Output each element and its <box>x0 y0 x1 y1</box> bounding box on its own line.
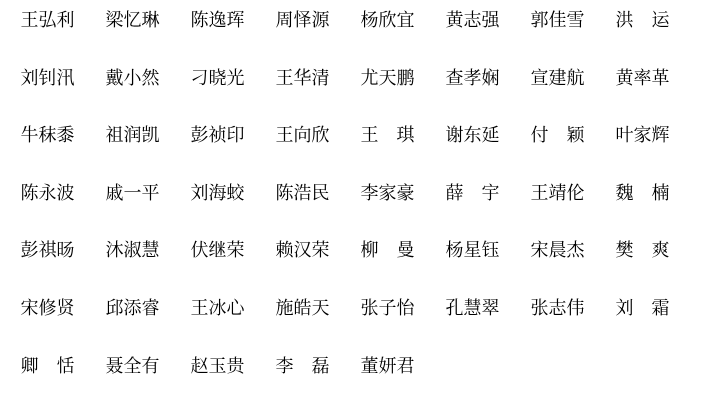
person-name: 薛 宇 <box>430 183 515 204</box>
name-row: 刘钊汛戴小然刁晓光王华清尤天鹏查孝娴宣建航黄率革 <box>5 68 685 126</box>
person-name: 戴小然 <box>90 68 175 89</box>
person-name: 伏继荣 <box>175 240 260 261</box>
person-name: 聂全有 <box>90 356 175 377</box>
person-name: 周怿源 <box>260 10 345 31</box>
person-name: 郭佳雪 <box>515 10 600 31</box>
person-name: 李 磊 <box>260 356 345 377</box>
person-name: 宣建航 <box>515 68 600 89</box>
person-name: 施皓天 <box>260 298 345 319</box>
name-row: 陈永波戚一平刘海蛟陈浩民李家豪薛 宇王靖伦魏 楠 <box>5 183 685 241</box>
person-name: 王向欣 <box>260 125 345 146</box>
person-name: 邱添睿 <box>90 298 175 319</box>
person-name: 王靖伦 <box>515 183 600 204</box>
person-name: 彭祺旸 <box>5 240 90 261</box>
person-name: 刘 霜 <box>600 298 685 319</box>
person-name: 赵玉贵 <box>175 356 260 377</box>
person-name: 樊 爽 <box>600 240 685 261</box>
name-row: 卿 恬聂全有赵玉贵李 磊董妍君 <box>5 356 685 413</box>
person-name: 陈逸珲 <box>175 10 260 31</box>
person-name: 彭祯印 <box>175 125 260 146</box>
person-name: 黄志强 <box>430 10 515 31</box>
person-name: 陈永波 <box>5 183 90 204</box>
name-row: 彭祺旸沐淑慧伏继荣赖汉荣柳 曼杨星钰宋晨杰樊 爽 <box>5 240 685 298</box>
person-name: 叶家辉 <box>600 125 685 146</box>
person-name: 孔慧翠 <box>430 298 515 319</box>
person-name: 谢东延 <box>430 125 515 146</box>
person-name: 宋修贤 <box>5 298 90 319</box>
person-name: 卿 恬 <box>5 356 90 377</box>
person-name: 王 琪 <box>345 125 430 146</box>
person-name: 刘钊汛 <box>5 68 90 89</box>
person-name: 牛秣黍 <box>5 125 90 146</box>
person-name: 沐淑慧 <box>90 240 175 261</box>
person-name: 黄率革 <box>600 68 685 89</box>
person-name: 魏 楠 <box>600 183 685 204</box>
person-name: 祖润凯 <box>90 125 175 146</box>
person-name: 刘海蛟 <box>175 183 260 204</box>
person-name: 董妍君 <box>345 356 430 377</box>
person-name: 王冰心 <box>175 298 260 319</box>
person-name: 陈浩民 <box>260 183 345 204</box>
person-name: 查孝娴 <box>430 68 515 89</box>
person-name: 戚一平 <box>90 183 175 204</box>
name-grid: 王弘利梁忆琳陈逸珲周怿源杨欣宜黄志强郭佳雪洪 运刘钊汛戴小然刁晓光王华清尤天鹏查… <box>0 0 711 413</box>
person-name: 宋晨杰 <box>515 240 600 261</box>
name-row: 王弘利梁忆琳陈逸珲周怿源杨欣宜黄志强郭佳雪洪 运 <box>5 10 685 68</box>
name-row: 宋修贤邱添睿王冰心施皓天张子怡孔慧翠张志伟刘 霜 <box>5 298 685 356</box>
person-name: 杨欣宜 <box>345 10 430 31</box>
person-name: 梁忆琳 <box>90 10 175 31</box>
person-name: 王华清 <box>260 68 345 89</box>
person-name: 张志伟 <box>515 298 600 319</box>
person-name: 赖汉荣 <box>260 240 345 261</box>
person-name: 洪 运 <box>600 10 685 31</box>
name-list-page: 王弘利梁忆琳陈逸珲周怿源杨欣宜黄志强郭佳雪洪 运刘钊汛戴小然刁晓光王华清尤天鹏查… <box>0 0 711 413</box>
person-name: 李家豪 <box>345 183 430 204</box>
person-name: 杨星钰 <box>430 240 515 261</box>
person-name: 尤天鹏 <box>345 68 430 89</box>
person-name: 王弘利 <box>5 10 90 31</box>
person-name: 张子怡 <box>345 298 430 319</box>
person-name: 柳 曼 <box>345 240 430 261</box>
person-name: 付 颖 <box>515 125 600 146</box>
name-row: 牛秣黍祖润凯彭祯印王向欣王 琪谢东延付 颖叶家辉 <box>5 125 685 183</box>
person-name: 刁晓光 <box>175 68 260 89</box>
